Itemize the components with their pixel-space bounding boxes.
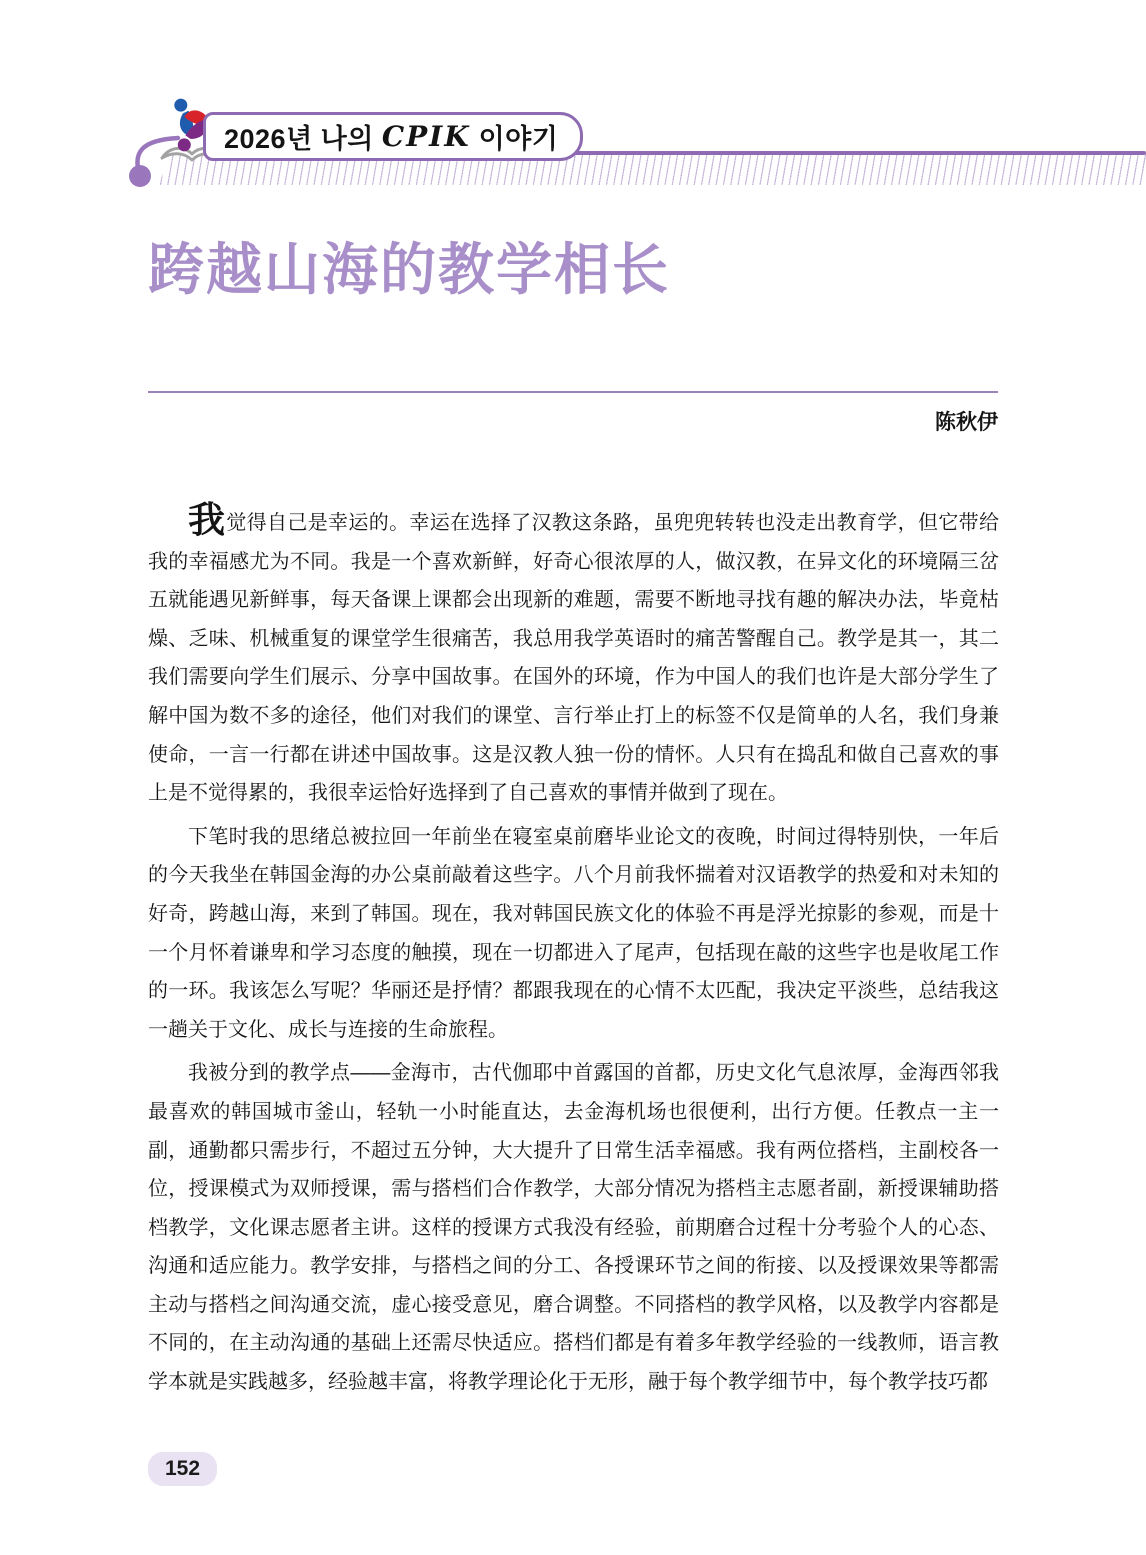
paragraph-1: 我觉得自己是幸运的。幸运在选择了汉教这条路，虽兜兜转转也没走出教育学，但它带给我… bbox=[148, 504, 999, 813]
header-banner: 2026년 나의 CPIK 이야기 bbox=[203, 112, 583, 161]
article-body: 我觉得自己是幸运的。幸运在选择了汉教这条路，虽兜兜转转也没走出教育学，但它带给我… bbox=[148, 504, 999, 1407]
drop-cap: 我 bbox=[188, 500, 226, 541]
paragraph-1-text: 觉得自己是幸运的。幸运在选择了汉教这条路，虽兜兜转转也没走出教育学，但它带给我的… bbox=[148, 512, 999, 804]
banner-year-label: 2026년 나의 bbox=[224, 117, 374, 156]
banner-brand-label: CPIK bbox=[382, 120, 471, 153]
document-page: 2026년 나의 CPIK 이야기 跨越山海的教学相长 陈秋伊 我觉得自己是幸运… bbox=[0, 0, 1146, 1555]
page-number-badge: 152 bbox=[148, 1452, 217, 1486]
paragraph-3: 我被分到的教学点——金海市，古代伽耶中首露国的首都，历史文化气息浓厚，金海西邻我… bbox=[148, 1054, 999, 1401]
paragraph-2: 下笔时我的思绪总被拉回一年前坐在寝室桌前磨毕业论文的夜晚，时间过得特别快，一年后… bbox=[148, 818, 999, 1050]
author-name: 陈秋伊 bbox=[148, 406, 998, 436]
article-title: 跨越山海的教学相长 bbox=[148, 238, 670, 302]
banner-suffix-label: 이야기 bbox=[479, 117, 559, 156]
title-divider bbox=[148, 391, 998, 393]
page-number: 152 bbox=[165, 1457, 200, 1480]
